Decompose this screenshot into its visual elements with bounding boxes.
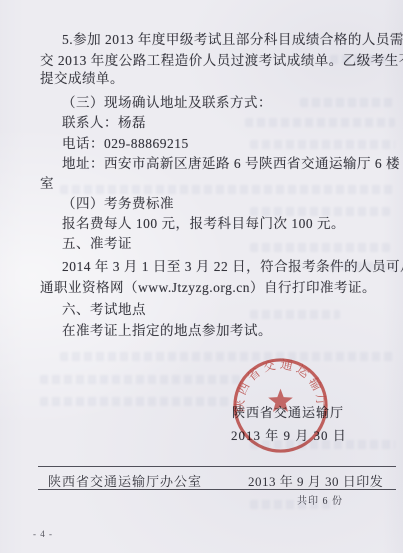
doc-text-line: 在准考证上指定的地点参加考试。: [62, 323, 272, 338]
page-number: - 4 -: [33, 529, 53, 539]
bleedthrough-mark: [40, 397, 230, 406]
doc-text-line: 2014 年 3 月 1 日至 3 月 22 日，符合报考条件的人员可从交: [62, 259, 403, 274]
doc-text-line: （四）考务费标准: [62, 196, 174, 211]
doc-text-line: 提交成绩单。: [40, 71, 124, 86]
bleedthrough-mark: [250, 140, 395, 149]
footer-divider-top: [38, 466, 396, 467]
bleedthrough-mark: [60, 352, 395, 361]
doc-text-line: 通职业资格网（www.Jtzyzg.org.cn）自行打印准考证。: [40, 280, 376, 295]
doc-text-line: 5.参加 2013 年度甲级考试且部分科目成绩合格的人员需提: [62, 32, 403, 47]
footer-office: 陕西省交通运输厅办公室: [48, 471, 202, 490]
bleedthrough-mark: [60, 185, 395, 194]
doc-text-line: 六、考试地点: [62, 302, 146, 317]
official-seal: 陕西省交通运输厅: [231, 356, 330, 455]
doc-text-line: 室: [40, 176, 54, 191]
bleedthrough-mark: [40, 375, 240, 384]
seal-star-icon: [268, 389, 293, 412]
doc-text-line: （三）现场确认地址及联系方式：: [62, 95, 272, 110]
doc-text-line: 地址：西安市高新区唐延路 6 号陕西省交通运输厅 6 楼 603: [62, 156, 403, 171]
scanned-document-page: 5.参加 2013 年度甲级考试且部分科目成绩合格的人员需提 交 2013 年度…: [0, 0, 403, 553]
doc-text-line: 报名费每人 100 元，报考科目每门次 100 元。: [62, 216, 345, 231]
bleedthrough-mark: [300, 98, 395, 107]
bleedthrough-mark: [250, 310, 340, 319]
doc-text-line: 电话：029-88869215: [62, 136, 189, 151]
doc-text-line: 联系人：杨磊: [62, 115, 146, 130]
copies-note: 共印 6 份: [297, 492, 343, 507]
footer-issue-date: 2013 年 9 月 30 日印发: [248, 471, 383, 490]
bleedthrough-mark: [250, 207, 390, 216]
doc-text-line: 五、准考证: [62, 236, 132, 251]
bleedthrough-mark: [245, 118, 395, 127]
doc-text-line: 交 2013 年度公路工程造价人员过渡考试成绩单。乙级考生不需: [40, 53, 403, 68]
bleedthrough-mark: [250, 243, 390, 252]
footer-divider-bottom: [38, 489, 396, 490]
